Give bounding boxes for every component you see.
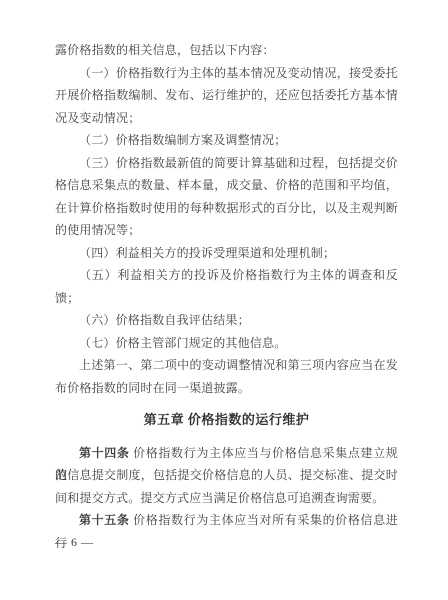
- text-segment: 况及变动情况；: [55, 111, 140, 125]
- document-text-line: 馈；: [55, 287, 398, 310]
- document-text-line: （二）价格指数编制方案及调整情况；: [55, 129, 398, 152]
- document-text-line: （一）价格指数行为主体的基本情况及变动情况，接受委托: [55, 62, 398, 85]
- text-segment: （五）利益相关方的投诉及价格指数行为主体的调查和反: [79, 268, 398, 282]
- document-text-line: 第十四条 价格指数行为主体应当与价格信息采集点建立规范: [55, 442, 398, 465]
- article-number: 第十四条: [79, 446, 130, 460]
- document-page: 露价格指数的相关信息，包括以下内容：（一）价格指数行为主体的基本情况及变动情况，…: [0, 0, 448, 600]
- text-segment: 间和提交方式。提交方式应当满足价格信息可追溯查询需要。: [55, 491, 384, 505]
- document-text-line: 第十五条 价格指数行为主体应当对所有采集的价格信息进行: [55, 509, 398, 532]
- document-text-line: （三）价格指数最新值的简要计算基础和过程，包括提交价: [55, 152, 398, 175]
- text-segment: 的使用情况等；: [55, 223, 140, 237]
- document-text-line: 的信息提交制度，包括提交价格信息的人员、提交标准、提交时: [55, 464, 398, 487]
- document-text-line: 露价格指数的相关信息，包括以下内容：: [55, 39, 398, 62]
- text-segment: （一）价格指数行为主体的基本情况及变动情况，接受委托: [79, 66, 398, 80]
- document-text-line: （七）价格主管部门规定的其他信息。: [55, 332, 398, 355]
- text-segment: 上述第一、第二项中的变动调整情况和第三项内容应当在发: [79, 358, 398, 372]
- text-segment: 馈；: [55, 291, 79, 305]
- text-segment: 开展价格指数编制、发布、运行维护的，还应包括委托方基本情: [55, 88, 398, 102]
- text-segment: （七）价格主管部门规定的其他信息。: [79, 336, 286, 350]
- document-text-line: 在计算价格指数时使用的每种数据形式的百分比，以及主观判断: [55, 197, 398, 220]
- text-segment: 布价格指数的同时在同一渠道披露。: [55, 381, 250, 395]
- text-segment: （六）价格指数自我评估结果；: [79, 313, 250, 327]
- text-segment: 第五章 价格指数的运行维护: [144, 412, 310, 427]
- text-segment: （三）价格指数最新值的简要计算基础和过程，包括提交价: [79, 156, 398, 170]
- document-text-line: （五）利益相关方的投诉及价格指数行为主体的调查和反: [55, 264, 398, 287]
- document-text-line: （四）利益相关方的投诉受理渠道和处理机制；: [55, 242, 398, 265]
- article-number: 第十五条: [79, 513, 130, 527]
- document-text-line: 格信息采集点的数量、样本量，成交量、价格的范围和平均值，: [55, 174, 398, 197]
- chapter-heading: 第五章 价格指数的运行维护: [55, 409, 398, 432]
- document-text-line: 况及变动情况；: [55, 107, 398, 130]
- text-segment: 格信息采集点的数量、样本量，成交量、价格的范围和平均值，: [55, 178, 398, 192]
- document-text-line: 开展价格指数编制、发布、运行维护的，还应包括委托方基本情: [55, 84, 398, 107]
- text-segment: 在计算价格指数时使用的每种数据形式的百分比，以及主观判断: [55, 201, 398, 215]
- document-text-line: 的使用情况等；: [55, 219, 398, 242]
- text-segment: （二）价格指数编制方案及调整情况；: [79, 133, 286, 147]
- page-number: — 6 —: [55, 531, 94, 554]
- document-text-line: 间和提交方式。提交方式应当满足价格信息可追溯查询需要。: [55, 487, 398, 510]
- document-text-line: 上述第一、第二项中的变动调整情况和第三项内容应当在发: [55, 354, 398, 377]
- document-text-line: （六）价格指数自我评估结果；: [55, 309, 398, 332]
- document-text-line: 布价格指数的同时在同一渠道披露。: [55, 377, 398, 400]
- document-lines: 露价格指数的相关信息，包括以下内容：（一）价格指数行为主体的基本情况及变动情况，…: [55, 39, 398, 532]
- text-segment: 露价格指数的相关信息，包括以下内容：: [55, 43, 275, 57]
- text-segment: 的信息提交制度，包括提交价格信息的人员、提交标准、提交时: [55, 468, 398, 482]
- text-segment: （四）利益相关方的投诉受理渠道和处理机制；: [79, 246, 335, 260]
